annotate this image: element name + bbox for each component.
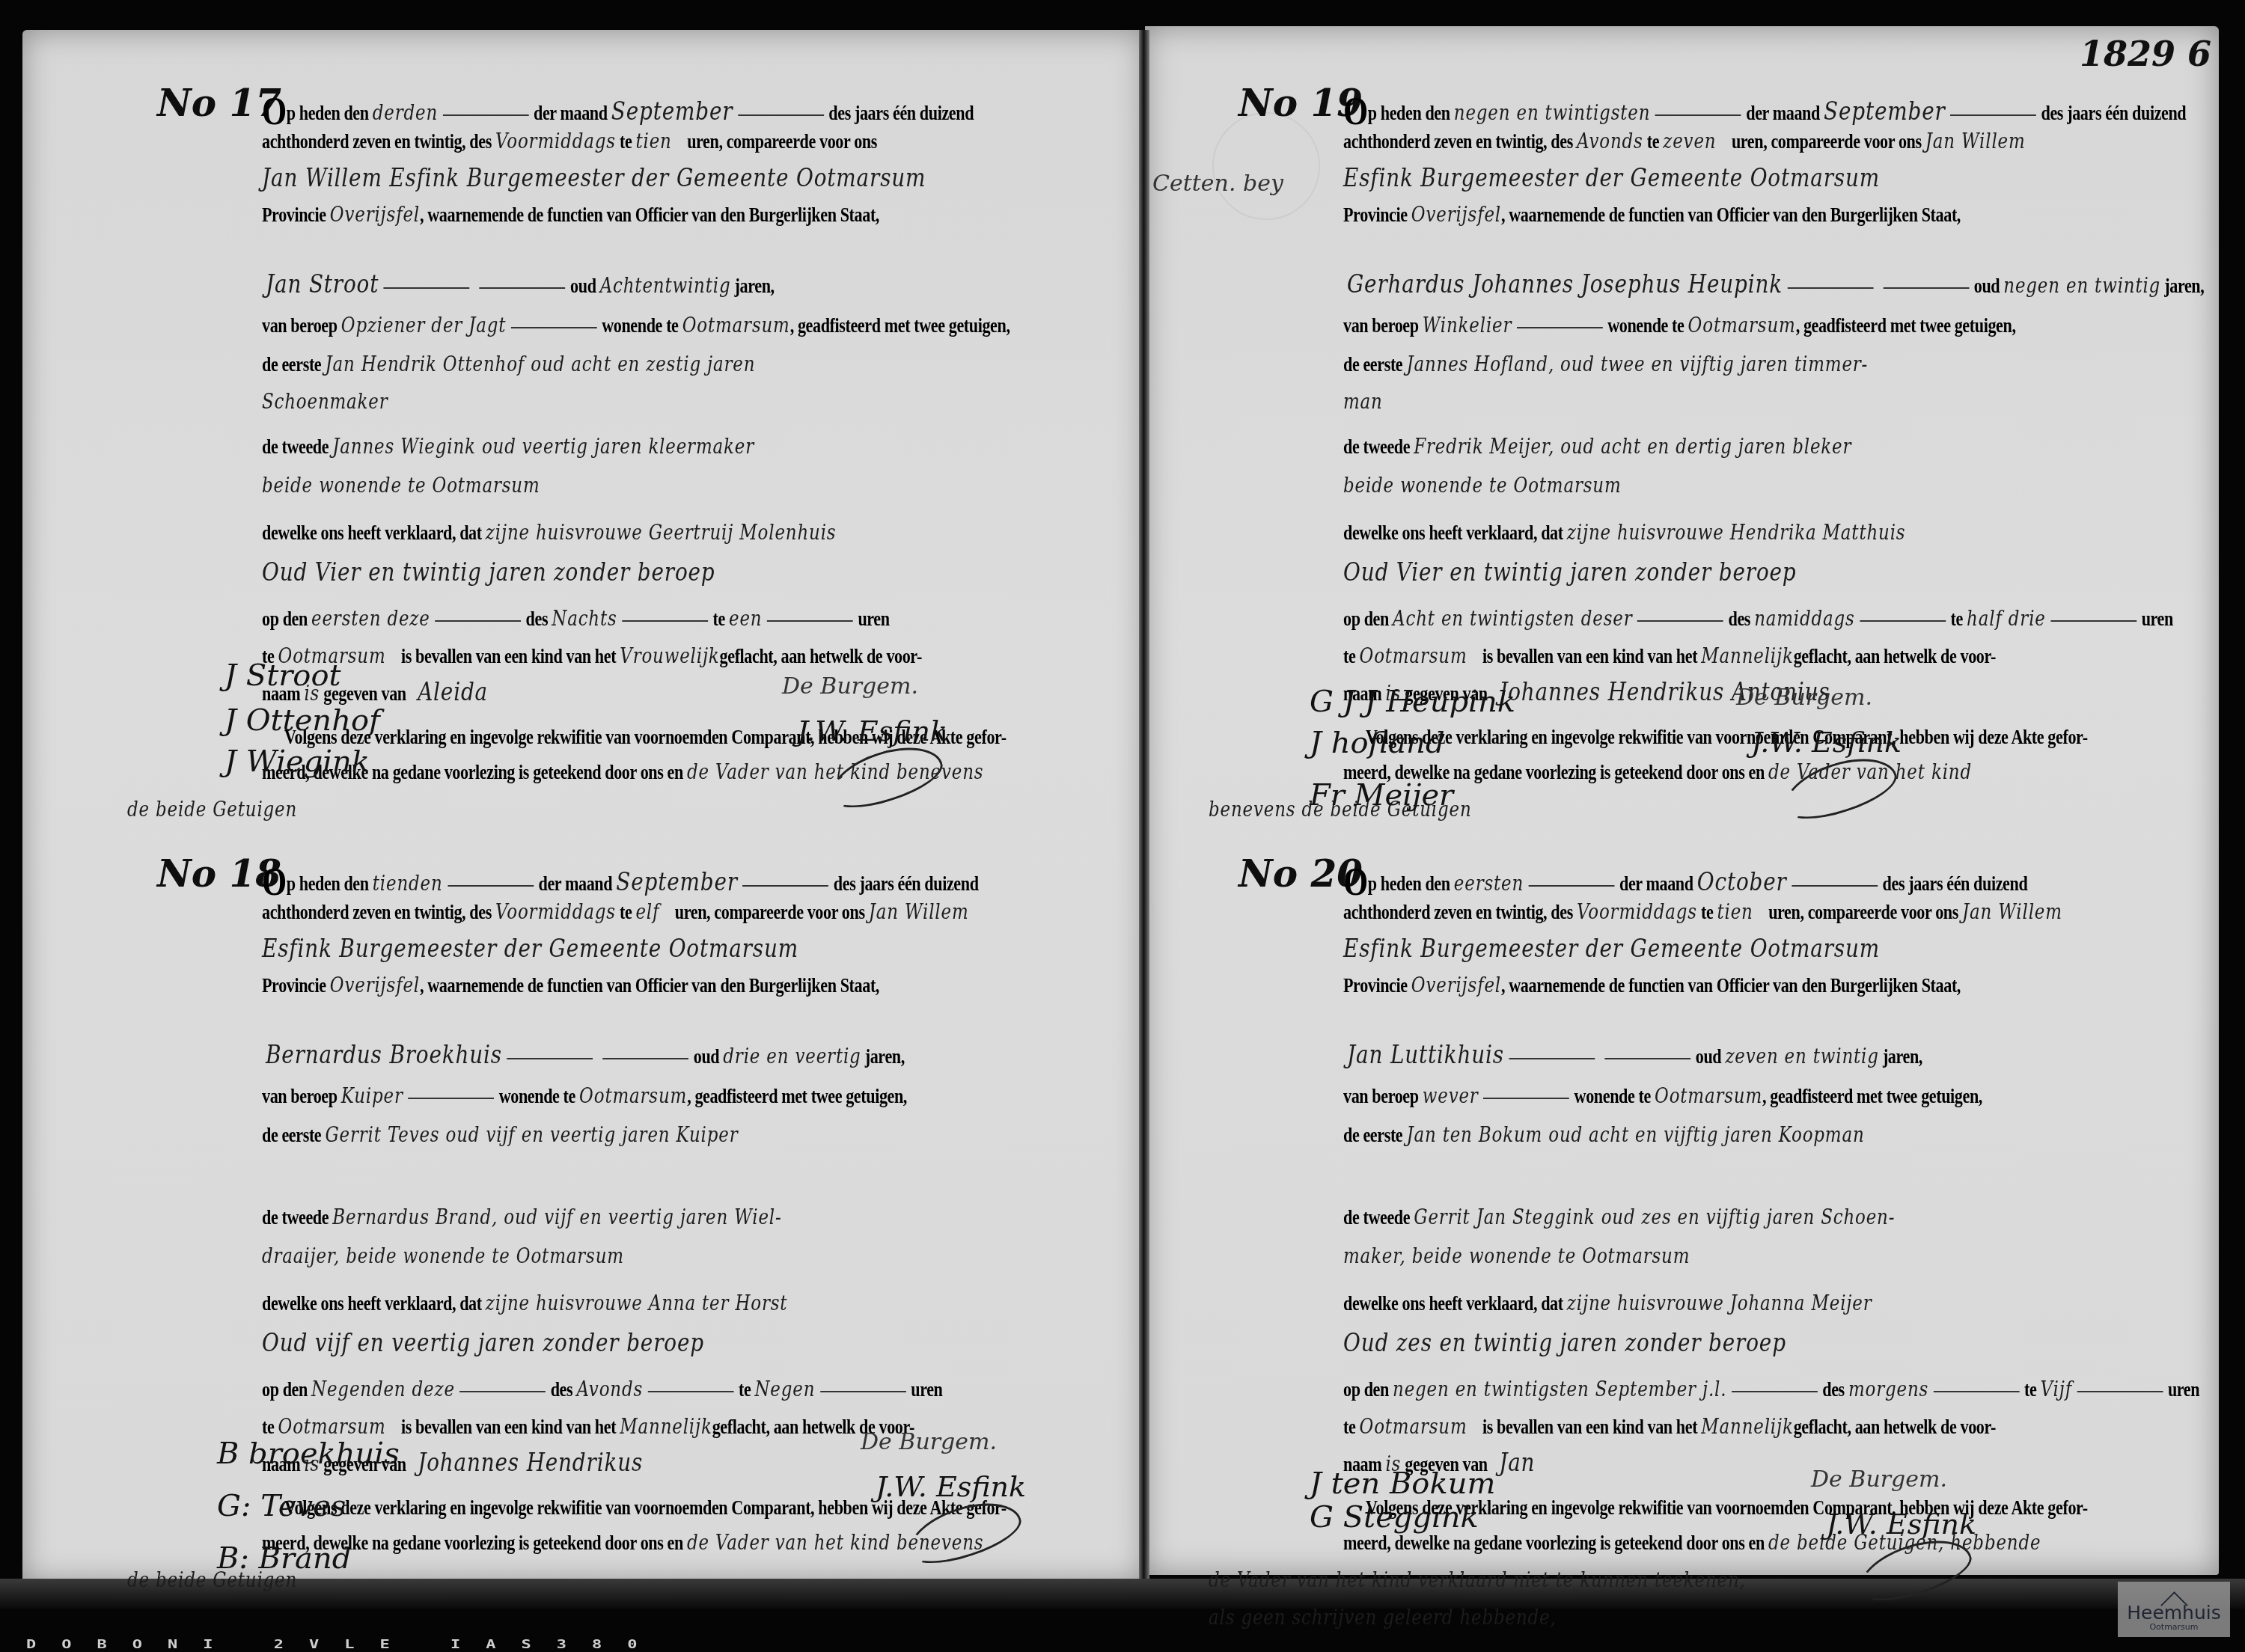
mother-cont: Oud Vier en twintig jaren zonder beroep <box>1343 557 1797 587</box>
label: van beroep <box>1343 1085 1419 1107</box>
mother-line: dewelke ons heeft verklaard, dat zijne h… <box>1343 520 1905 545</box>
fill-line <box>435 620 521 622</box>
label: der maand <box>534 102 608 124</box>
birth-time-line: op den eersten dezedes Nachtste eenuren <box>262 606 890 631</box>
label: uren, compareerde voor ons <box>1732 130 1922 153</box>
birth-hour: Vijf <box>2041 1377 2072 1401</box>
fill-line <box>1883 287 1969 289</box>
label: uren, compareerde voor ons <box>675 901 865 923</box>
watermark-place: Ootmarsum <box>2118 1622 2230 1633</box>
label: Provincie <box>262 204 326 226</box>
fill-line <box>1483 1098 1569 1099</box>
occupation-line: van beroep Opziener der Jagtwonende te O… <box>262 313 1010 337</box>
province: Overijsfel <box>1411 202 1501 227</box>
label: uren <box>2168 1378 2199 1401</box>
birth-place-line: te Ootmarsum is bevallen van een kind va… <box>1343 1414 1996 1439</box>
fill-line <box>408 1098 494 1099</box>
label: de tweede <box>262 435 329 458</box>
declarant-age: drie en veertig <box>723 1044 861 1068</box>
birth-time-line: op den Acht en twintigsten deserdes nami… <box>1343 606 2173 631</box>
mayor-title: De Burgem. <box>1811 1466 1947 1493</box>
mother-cont: Oud zes en twintig jaren zonder beroep <box>1343 1328 1786 1358</box>
birth-time-line: op den Negenden dezedes Avondste Negenur… <box>262 1377 942 1401</box>
label: des jaars één duizend <box>1883 872 2028 895</box>
label: te <box>620 901 632 923</box>
birth-place-line: te Ootmarsum is bevallen van een kind va… <box>262 643 922 668</box>
closing-line-3: de beide Getuigen <box>127 797 297 822</box>
declarant-age: zeven en twintig <box>1725 1044 1878 1068</box>
fill-line <box>459 1391 546 1392</box>
label: is bevallen van een kind van het <box>1482 1416 1697 1438</box>
fill-line <box>1509 1058 1595 1059</box>
label: oud <box>694 1045 719 1068</box>
fill-line <box>448 885 534 887</box>
label: , waarnemende de functien van Officier v… <box>420 974 879 997</box>
label: , geadfisteerd met twee getuigen, <box>790 314 1010 337</box>
record-line-2: achthonderd zeven en twintig, des Avonds… <box>1343 129 2026 153</box>
province: Overijsfel <box>330 973 420 997</box>
birth-place: Ootmarsum <box>1360 643 1467 668</box>
label: op den <box>262 608 308 630</box>
fill-line <box>1732 1391 1818 1392</box>
official-line: Jan Willem Esfink Burgemeester der Gemee… <box>262 163 926 193</box>
mother-cont-line: Oud vijf en veertig jaren zonder beroep <box>262 1328 704 1358</box>
label: dewelke ons heeft verklaard, dat <box>262 521 482 544</box>
witness-2-line: de tweede Gerrit Jan Steggink oud zes en… <box>1343 1205 1895 1229</box>
label: te <box>1343 645 1355 667</box>
mother-line: dewelke ons heeft verklaard, dat zijne h… <box>262 520 836 545</box>
witness-signature: J ten Bokum <box>1310 1466 1495 1501</box>
witness-2-cont: maker, beide wonende te Ootmarsum <box>1343 1243 1690 1268</box>
declarant-occupation: Winkelier <box>1423 313 1512 337</box>
label: achthonderd zeven en twintig, des <box>1343 901 1573 923</box>
record-line-2: achthonderd zeven en twintig, des Voormi… <box>262 129 877 153</box>
birth-day: negen en twintigsten September j.l. <box>1393 1377 1726 1401</box>
microfilm-code: DOBONI 2VLE IAS380 <box>26 1639 662 1652</box>
label: der maand <box>1619 872 1693 895</box>
occupation-line: van beroep Winkelierwonende te Ootmarsum… <box>1343 313 2016 337</box>
declarant-line: Bernardus Broekhuisoud drie en veertig j… <box>266 1040 905 1070</box>
declarant-occupation: Kuiper <box>341 1083 403 1108</box>
fill-line <box>2077 1391 2163 1392</box>
mother: zijne huisvrouwe Anna ter Horst <box>486 1291 788 1315</box>
witness-2-line: de tweede Bernardus Brand, oud vijf en v… <box>262 1205 782 1229</box>
birth-day: eersten deze <box>311 606 430 631</box>
time-of-day: Voormiddags <box>1577 899 1697 924</box>
witness-signature: G Steggink <box>1310 1500 1479 1535</box>
label: te <box>262 1416 274 1438</box>
fill-line <box>480 287 566 289</box>
label: uren, compareerde voor ons <box>687 130 877 153</box>
fill-line <box>1637 620 1723 622</box>
record-hour: tien <box>635 129 671 153</box>
witness-2-cont: beide wonende te Ootmarsum <box>1343 473 1622 498</box>
fill-line <box>622 620 708 622</box>
witness-1-cont-line: man <box>1343 389 1383 414</box>
record-line-2: achthonderd zeven en twintig, des Voormi… <box>1343 899 2062 924</box>
witness-2-cont-line: maker, beide wonende te Ootmarsum <box>1343 1243 1690 1268</box>
closing-line-3: de Vader van het kind verklaard niet te … <box>1209 1567 1746 1592</box>
label: achthonderd zeven en twintig, des <box>262 130 492 153</box>
record-line-1: Op heden den derdender maand Septemberde… <box>262 90 974 134</box>
label: de eerste <box>262 1124 321 1146</box>
fill-line <box>742 885 828 887</box>
record-line-4: Provincie Overijsfel, waarnemende de fun… <box>262 202 879 227</box>
mother-cont-line: Oud Vier en twintig jaren zonder beroep <box>1343 557 1797 587</box>
time-of-day: Avonds <box>1577 129 1643 153</box>
label: , geadfisteerd met twee getuigen, <box>1762 1085 1982 1107</box>
label: des jaars één duizend <box>828 102 974 124</box>
declarant-occupation: Opziener der Jagt <box>341 313 507 337</box>
fill-line <box>1517 327 1603 328</box>
declarant-line: Jan Luttikhuisoud zeven en twintig jaren… <box>1347 1040 1922 1070</box>
label: der maand <box>1746 102 1820 124</box>
fill-line <box>1934 1391 2020 1392</box>
record-line-3: Esfink Burgemeester der Gemeente Ootmars… <box>1343 934 1880 964</box>
label: Provincie <box>1343 204 1408 226</box>
label: de eerste <box>1343 1124 1402 1146</box>
record-month: September <box>1824 97 1946 126</box>
fill-line <box>1787 287 1873 289</box>
birth-time-of-day: Avonds <box>576 1377 643 1401</box>
label: te <box>2024 1378 2036 1401</box>
book-gutter <box>1139 30 1149 1586</box>
label: is bevallen van een kind van het <box>1482 645 1697 667</box>
initial-o: O <box>262 91 287 133</box>
label: achthonderd zeven en twintig, des <box>1343 130 1573 153</box>
record-line-4: Provincie Overijsfel, waarnemende de fun… <box>262 973 879 997</box>
declarant-occupation: wever <box>1423 1083 1479 1108</box>
birth-time-of-day: namiddags <box>1754 606 1855 631</box>
label: , waarnemende de functien van Officier v… <box>420 204 879 226</box>
birth-time-of-day: morgens <box>1848 1377 1928 1401</box>
official-name: Jan Willem <box>1925 129 2026 153</box>
mayor-signature: J.W. Esfink <box>797 715 947 747</box>
witness-1-cont: man <box>1343 389 1383 414</box>
label: te <box>1701 901 1713 923</box>
label: de eerste <box>262 353 321 376</box>
occupation-line: van beroep weverwonende te Ootmarsum, ge… <box>1343 1083 1982 1108</box>
official-line: Esfink Burgemeester der Gemeente Ootmars… <box>1343 163 1880 193</box>
label: geflacht, aan hetwelk de voor- <box>1794 645 1996 667</box>
fill-line <box>2050 620 2136 622</box>
label: uren, compareerde voor ons <box>1768 901 1958 923</box>
declarant-name: Gerhardus Johannes Josephus Heupink <box>1347 269 1783 299</box>
declarant-name: Jan Luttikhuis <box>1347 1040 1504 1070</box>
fill-line <box>738 114 824 116</box>
record-hour: tien <box>1717 899 1753 924</box>
witness-2-cont: beide wonende te Ootmarsum <box>262 473 540 498</box>
closing-line-4: als geen schrijven geleerd hebbende, <box>1209 1605 1557 1630</box>
mother-cont-line: Oud Vier en twintig jaren zonder beroep <box>262 557 715 587</box>
record-hour: elf <box>635 899 659 924</box>
signed-by-cont: de Vader van het kind verklaard niet te … <box>1209 1567 1746 1592</box>
witness-signature: J Wiegink <box>224 744 370 779</box>
label: van beroep <box>1343 314 1419 337</box>
record-line-3: Esfink Burgemeester der Gemeente Ootmars… <box>262 934 798 964</box>
label: op den <box>262 1378 308 1401</box>
mayor-title: De Burgem. <box>861 1429 997 1455</box>
label: te <box>1951 608 1963 630</box>
label: Provincie <box>1343 974 1408 997</box>
witness-signature: B: Brand <box>217 1541 351 1576</box>
label: de tweede <box>1343 435 1410 458</box>
official-name: Jan Willem <box>869 899 969 924</box>
birth-place: Ootmarsum <box>278 1414 386 1439</box>
label: p heden den <box>1368 102 1450 124</box>
label: p heden den <box>287 102 369 124</box>
child-name: Aleida <box>418 677 488 707</box>
time-of-day: Voormiddags <box>495 129 616 153</box>
label: de eerste <box>1343 353 1402 376</box>
residence: Ootmarsum <box>682 313 790 337</box>
label: van beroep <box>262 1085 337 1107</box>
birth-hour: een <box>729 606 762 631</box>
initial-o: O <box>1343 91 1368 133</box>
fill-line <box>443 114 529 116</box>
official-line: Esfink Burgemeester der Gemeente Ootmars… <box>1343 934 1880 964</box>
mother-cont: Oud vijf en veertig jaren zonder beroep <box>262 1328 704 1358</box>
initial-o: O <box>1343 861 1368 904</box>
witness-1-line: de eerste Jan Hendrik Ottenhof oud acht … <box>262 352 755 376</box>
label: dewelke ons heeft verklaard, dat <box>262 1292 482 1315</box>
label: oud <box>1974 275 2000 297</box>
birth-time-of-day: Nachts <box>552 606 617 631</box>
declarant-name: Bernardus Broekhuis <box>266 1040 502 1070</box>
label: jaren, <box>2164 275 2204 297</box>
mayor-title: De Burgem. <box>782 673 918 700</box>
label: is bevallen van een kind van het <box>401 1416 616 1438</box>
fill-line <box>384 287 470 289</box>
record-line-2: achthonderd zeven en twintig, des Voormi… <box>262 899 968 924</box>
witness-signature: J hofland <box>1310 726 1445 760</box>
signed-by-cont-2: als geen schrijven geleerd hebbende, <box>1209 1605 1557 1630</box>
label: wonende te <box>499 1085 575 1107</box>
time-of-day: Voormiddags <box>495 899 616 924</box>
mayor-title: De Burgem. <box>1736 685 1872 711</box>
label: des jaars één duizend <box>834 872 979 895</box>
label: achthonderd zeven en twintig, des <box>262 901 492 923</box>
child-name: Jan <box>1499 1448 1535 1478</box>
birth-day: Acht en twintigsten deser <box>1393 606 1633 631</box>
label: des jaars één duizend <box>2041 102 2187 124</box>
witness-2: Gerrit Jan Steggink oud zes en vijftig j… <box>1414 1205 1895 1229</box>
record-day: derden <box>373 100 438 125</box>
label: geflacht, aan hetwelk de voor- <box>1794 1416 1996 1438</box>
record-line-4: Provincie Overijsfel, waarnemende de fun… <box>1343 973 1961 997</box>
witness-1-cont-line: Schoenmaker <box>262 389 388 414</box>
mother-line: dewelke ons heeft verklaard, dat zijne h… <box>1343 1291 1872 1315</box>
label: uren <box>911 1378 942 1401</box>
label: de tweede <box>262 1206 329 1229</box>
embossed-seal <box>1212 112 1320 220</box>
birth-hour: Negen <box>754 1377 815 1401</box>
witness-2-cont-line: draaijer, beide wonende te Ootmarsum <box>262 1243 624 1268</box>
official-line: Esfink Burgemeester der Gemeente Ootmars… <box>262 934 798 964</box>
witness-2-cont-line: beide wonende te Ootmarsum <box>1343 473 1622 498</box>
label: jaren, <box>865 1045 905 1068</box>
witness-signature: Fr Meijer <box>1310 778 1453 813</box>
record-line-4: Provincie Overijsfel, waarnemende de fun… <box>1343 202 1961 227</box>
child-sex: Mannelijk <box>1701 1414 1793 1439</box>
declarant-name: Jan Stroot <box>266 269 379 299</box>
witness-1: Jan ten Bokum oud acht en vijftig jaren … <box>1406 1122 1864 1147</box>
province: Overijsfel <box>330 202 420 227</box>
label: op den <box>1343 1378 1389 1401</box>
witness-signature: J Stroot <box>224 658 341 693</box>
mayor-signature: J.W. Esfink <box>1751 726 1902 759</box>
fill-line <box>1604 1058 1690 1059</box>
mother: zijne huisvrouwe Geertruij Molenhuis <box>486 520 837 545</box>
label: te <box>739 1378 751 1401</box>
declarant-line: Jan Strootoud Achtentwintig jaren, <box>266 269 775 299</box>
label: , geadfisteerd met twee getuigen, <box>687 1085 907 1107</box>
label: geflacht, aan hetwelk de voor- <box>720 645 922 667</box>
witness-2: Bernardus Brand, oud vijf en veertig jar… <box>332 1205 781 1229</box>
witness-signature: G: Teves <box>217 1489 346 1523</box>
label: wonende te <box>602 314 678 337</box>
label: jaren, <box>735 275 775 297</box>
label: , waarnemende de functien van Officier v… <box>1501 204 1961 226</box>
record-line-1: Op heden den negen en twintigstender maa… <box>1343 90 2186 134</box>
label: meerd, dewelke na gedane voorlezing is g… <box>1343 1532 1765 1554</box>
province: Overijsfel <box>1411 973 1501 997</box>
mother: zijne huisvrouwe Johanna Meijer <box>1567 1291 1872 1315</box>
label: dewelke ons heeft verklaard, dat <box>1343 521 1563 544</box>
mother: zijne huisvrouwe Hendrika Matthuis <box>1567 520 1906 545</box>
label: oud <box>570 275 596 297</box>
mother-cont-line: Oud zes en twintig jaren zonder beroep <box>1343 1328 1786 1358</box>
label: uren <box>2142 608 2173 630</box>
label: de tweede <box>1343 1206 1410 1229</box>
fill-line <box>1655 114 1741 116</box>
residence: Ootmarsum <box>579 1083 687 1108</box>
fill-line <box>1860 620 1946 622</box>
label: te <box>713 608 725 630</box>
label: p heden den <box>287 872 369 895</box>
witness-1: Jan Hendrik Ottenhof oud acht en zestig … <box>325 352 755 376</box>
declarant-age: Achtentwintig <box>600 273 731 298</box>
label: is bevallen van een kind van het <box>401 645 616 667</box>
record-month: September <box>616 867 738 897</box>
occupation-line: van beroep Kuiperwonende te Ootmarsum, g… <box>262 1083 907 1108</box>
label: te <box>620 130 632 153</box>
mother-cont: Oud Vier en twintig jaren zonder beroep <box>262 557 715 587</box>
archive-watermark: Heemhuis Ootmarsum <box>2118 1582 2230 1637</box>
mayor-signature: J.W. Esfink <box>876 1470 1026 1503</box>
witness-2: Fredrik Meijer, oud acht en dertig jaren… <box>1414 434 1851 459</box>
record-line-3: Esfink Burgemeester der Gemeente Ootmars… <box>1343 163 1880 193</box>
witness-1-line: de eerste Jannes Hofland, oud twee en vi… <box>1343 352 1868 376</box>
label: uren <box>858 608 889 630</box>
record-day: tienden <box>373 871 443 896</box>
official-name: Jan Willem <box>1962 899 2062 924</box>
witness-1-line: de eerste Gerrit Teves oud vijf en veert… <box>262 1122 739 1147</box>
label: te <box>1343 1416 1355 1438</box>
label: dewelke ons heeft verklaard, dat <box>1343 1292 1563 1315</box>
label: te <box>1647 130 1659 153</box>
label: des <box>1822 1378 1845 1401</box>
witness-2: Jannes Wiegink oud veertig jaren kleerma… <box>332 434 754 459</box>
label: des <box>526 608 549 630</box>
witness-2-line: de tweede Fredrik Meijer, oud acht en de… <box>1343 434 1851 459</box>
child-sex: Vrouwelijk <box>620 643 719 668</box>
residence: Ootmarsum <box>1688 313 1796 337</box>
birth-place: Ootmarsum <box>1360 1414 1467 1439</box>
record-day: negen en twintigsten <box>1454 100 1650 125</box>
birth-hour: half drie <box>1967 606 2046 631</box>
label: oud <box>1696 1045 1721 1068</box>
record-line-1: Op heden den eerstender maand Octoberdes… <box>1343 860 2027 905</box>
label: p heden den <box>1368 872 1450 895</box>
witness-2-cont: draaijer, beide wonende te Ootmarsum <box>262 1243 624 1268</box>
signed-by-cont: de beide Getuigen <box>127 797 297 822</box>
birth-time-line: op den negen en twintigsten September j.… <box>1343 1377 2199 1401</box>
declarant-line: Gerhardus Johannes Josephus Heupinkoud n… <box>1347 269 2204 299</box>
label: Volgens deze verklaring en ingevolge rek… <box>1366 726 2088 748</box>
label: , geadfisteerd met twee getuigen, <box>1796 314 2016 337</box>
birth-place-line: te Ootmarsum is bevallen van een kind va… <box>1343 643 1996 668</box>
child-sex: Mannelijk <box>620 1414 712 1439</box>
record-hour: zeven <box>1663 129 1716 153</box>
mayor-signature: J.W. Esfink <box>1826 1508 1976 1541</box>
witness-1-line: de eerste Jan ten Bokum oud acht en vijf… <box>1343 1122 1865 1147</box>
folio-number: 1829 6 <box>2080 34 2211 74</box>
birth-place-line: te Ootmarsum is bevallen van een kind va… <box>262 1414 914 1439</box>
birth-day: Negenden deze <box>311 1377 455 1401</box>
label: jaren, <box>1883 1045 1922 1068</box>
fill-line <box>1792 885 1878 887</box>
label: des <box>1728 608 1750 630</box>
witness-1: Jannes Hofland, oud twee en vijftig jare… <box>1406 352 1868 376</box>
label: wonende te <box>1574 1085 1651 1107</box>
fill-line <box>1950 114 2036 116</box>
label: des <box>551 1378 573 1401</box>
record-day: eersten <box>1454 871 1524 896</box>
child-sex: Mannelijk <box>1701 643 1793 668</box>
fill-line <box>648 1391 734 1392</box>
witness-signature: B broekhuis <box>217 1437 400 1471</box>
fill-line <box>767 620 853 622</box>
margin-note: Cetten. bey <box>1152 171 1283 197</box>
witness-1: Gerrit Teves oud vijf en veertig jaren K… <box>325 1122 738 1147</box>
label: Provincie <box>262 974 326 997</box>
witness-1-cont: Schoenmaker <box>262 389 388 414</box>
closing-line-2: meerd, dewelke na gedane voorlezing is g… <box>262 1530 983 1555</box>
label: van beroep <box>262 314 337 337</box>
fill-line <box>511 327 597 328</box>
initial-o: O <box>262 861 287 904</box>
declarant-age: negen en twintig <box>2003 273 2160 298</box>
child-name: Johannes Hendrikus <box>418 1448 643 1478</box>
fill-line <box>1529 885 1615 887</box>
label: , waarnemende de functien van Officier v… <box>1501 974 1961 997</box>
label: der maand <box>538 872 612 895</box>
residence: Ootmarsum <box>1655 1083 1762 1108</box>
fill-line <box>602 1058 688 1059</box>
fill-line <box>507 1058 593 1059</box>
witness-signature: G J J Heupink <box>1310 685 1515 719</box>
witness-2-cont-line: beide wonende te Ootmarsum <box>262 473 540 498</box>
label: wonende te <box>1607 314 1684 337</box>
witness-signature: J Ottenhof <box>224 703 380 738</box>
fill-line <box>820 1391 906 1392</box>
record-line-1: Op heden den tiendender maand Septemberd… <box>262 860 979 905</box>
mother-line: dewelke ons heeft verklaard, dat zijne h… <box>262 1291 787 1315</box>
label: op den <box>1343 608 1389 630</box>
witness-2-line: de tweede Jannes Wiegink oud veertig jar… <box>262 434 754 459</box>
record-month: October <box>1697 867 1787 897</box>
